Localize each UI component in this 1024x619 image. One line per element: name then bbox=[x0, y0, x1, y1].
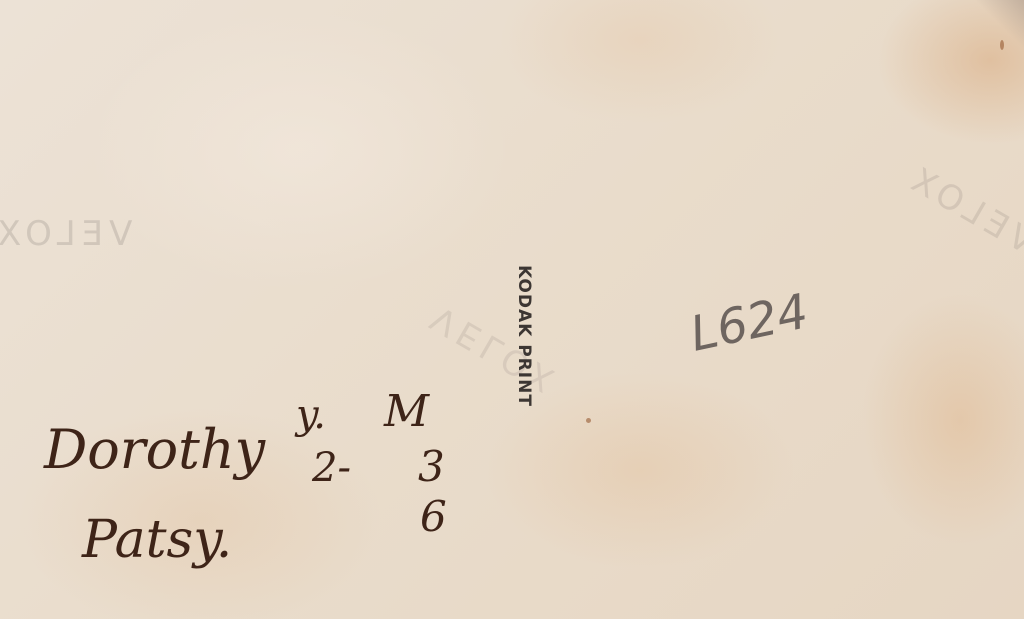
velox-watermark-center: VELOX bbox=[424, 298, 566, 403]
stain-speck bbox=[1000, 40, 1004, 50]
column-header-years: y. bbox=[296, 392, 326, 438]
handwritten-name-patsy: Patsy. bbox=[82, 510, 232, 570]
corner-fold bbox=[964, 0, 1024, 50]
pencil-reference-number: L624 bbox=[685, 283, 812, 362]
handwritten-name-dorothy: Dorothy bbox=[44, 418, 265, 481]
kodak-print-mark: KODAK PRINT bbox=[514, 265, 534, 407]
column-header-months: M bbox=[384, 386, 429, 437]
patsy-months: 6 bbox=[420, 492, 447, 541]
velox-watermark-right: VELOX bbox=[899, 158, 1024, 263]
dorothy-months: 3 bbox=[418, 442, 445, 491]
velox-watermark-left: VELOX bbox=[0, 214, 132, 254]
dorothy-years: 2- bbox=[312, 445, 351, 491]
photo-back: VELOX VELOX VELOX KODAK PRINT Dorothy Pa… bbox=[0, 0, 1024, 619]
stain-speck bbox=[586, 418, 591, 423]
